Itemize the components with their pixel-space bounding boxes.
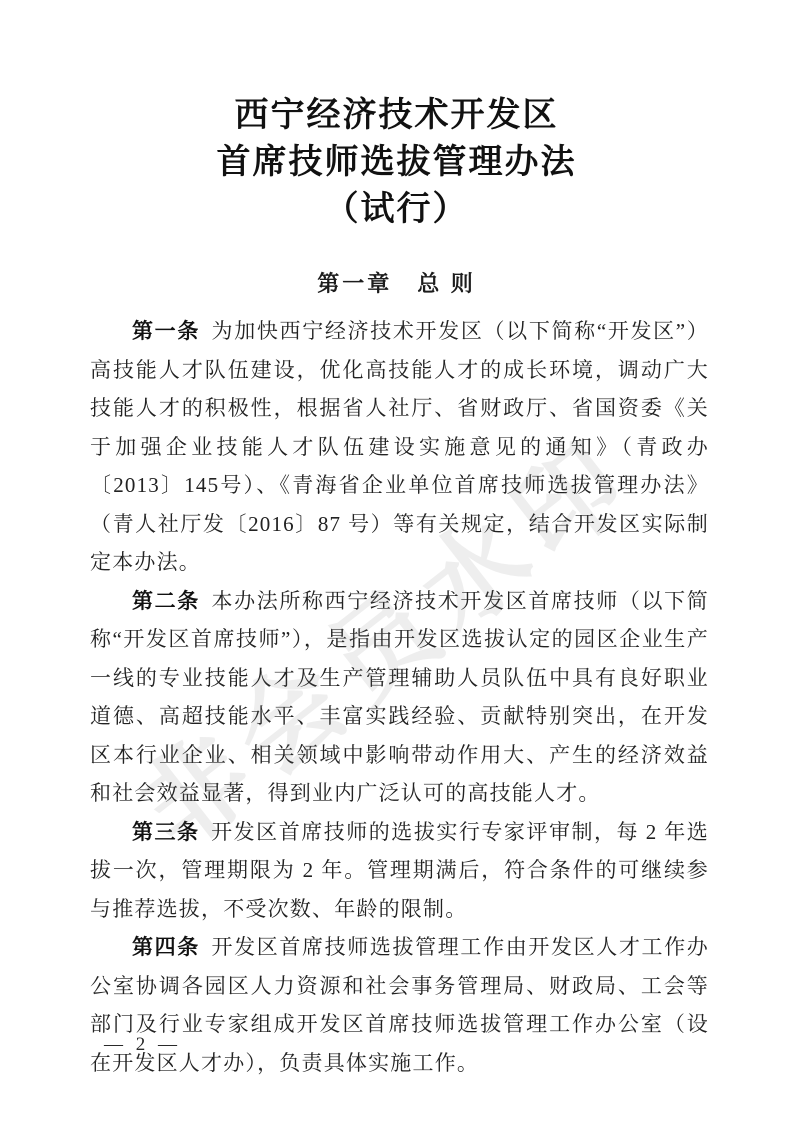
article-4-label: 第四条 xyxy=(132,935,200,959)
article-1-text: 为加快西宁经济技术开发区（以下简称“开发区”）高技能人才队伍建设，优化高技能人才… xyxy=(90,319,709,574)
document-title-line-2: 首席技师选拔管理办法 xyxy=(0,139,793,186)
article-3-label: 第三条 xyxy=(132,820,200,844)
document-body: 第一条为加快西宁经济技术开发区（以下简称“开发区”）高技能人才队伍建设，优化高技… xyxy=(90,312,709,1082)
article-1-label: 第一条 xyxy=(132,319,200,343)
document-page: 非会员水印 西宁经济技术开发区 首席技师选拔管理办法 （试行） 第一章 总 则 … xyxy=(0,0,793,1122)
document-title-line-1: 西宁经济技术开发区 xyxy=(0,92,793,139)
article-1: 第一条为加快西宁经济技术开发区（以下简称“开发区”）高技能人才队伍建设，优化高技… xyxy=(90,312,709,582)
page-number: — 2 — xyxy=(104,1034,181,1056)
chapter-heading: 第一章 总 则 xyxy=(0,267,793,298)
article-4: 第四条开发区首席技师选拔管理工作由开发区人才工作办公室协调各园区人力资源和社会事… xyxy=(90,928,709,1082)
article-3: 第三条开发区首席技师的选拔实行专家评审制，每 2 年选拔一次，管理期限为 2 年… xyxy=(90,813,709,929)
article-2: 第二条本办法所称西宁经济技术开发区首席技师（以下简称“开发区首席技师”），是指由… xyxy=(90,582,709,813)
article-2-text: 本办法所称西宁经济技术开发区首席技师（以下简称“开发区首席技师”），是指由开发区… xyxy=(90,589,709,806)
document-title-line-3: （试行） xyxy=(0,186,793,233)
document-title: 西宁经济技术开发区 首席技师选拔管理办法 （试行） xyxy=(0,92,793,233)
article-2-label: 第二条 xyxy=(132,589,200,613)
